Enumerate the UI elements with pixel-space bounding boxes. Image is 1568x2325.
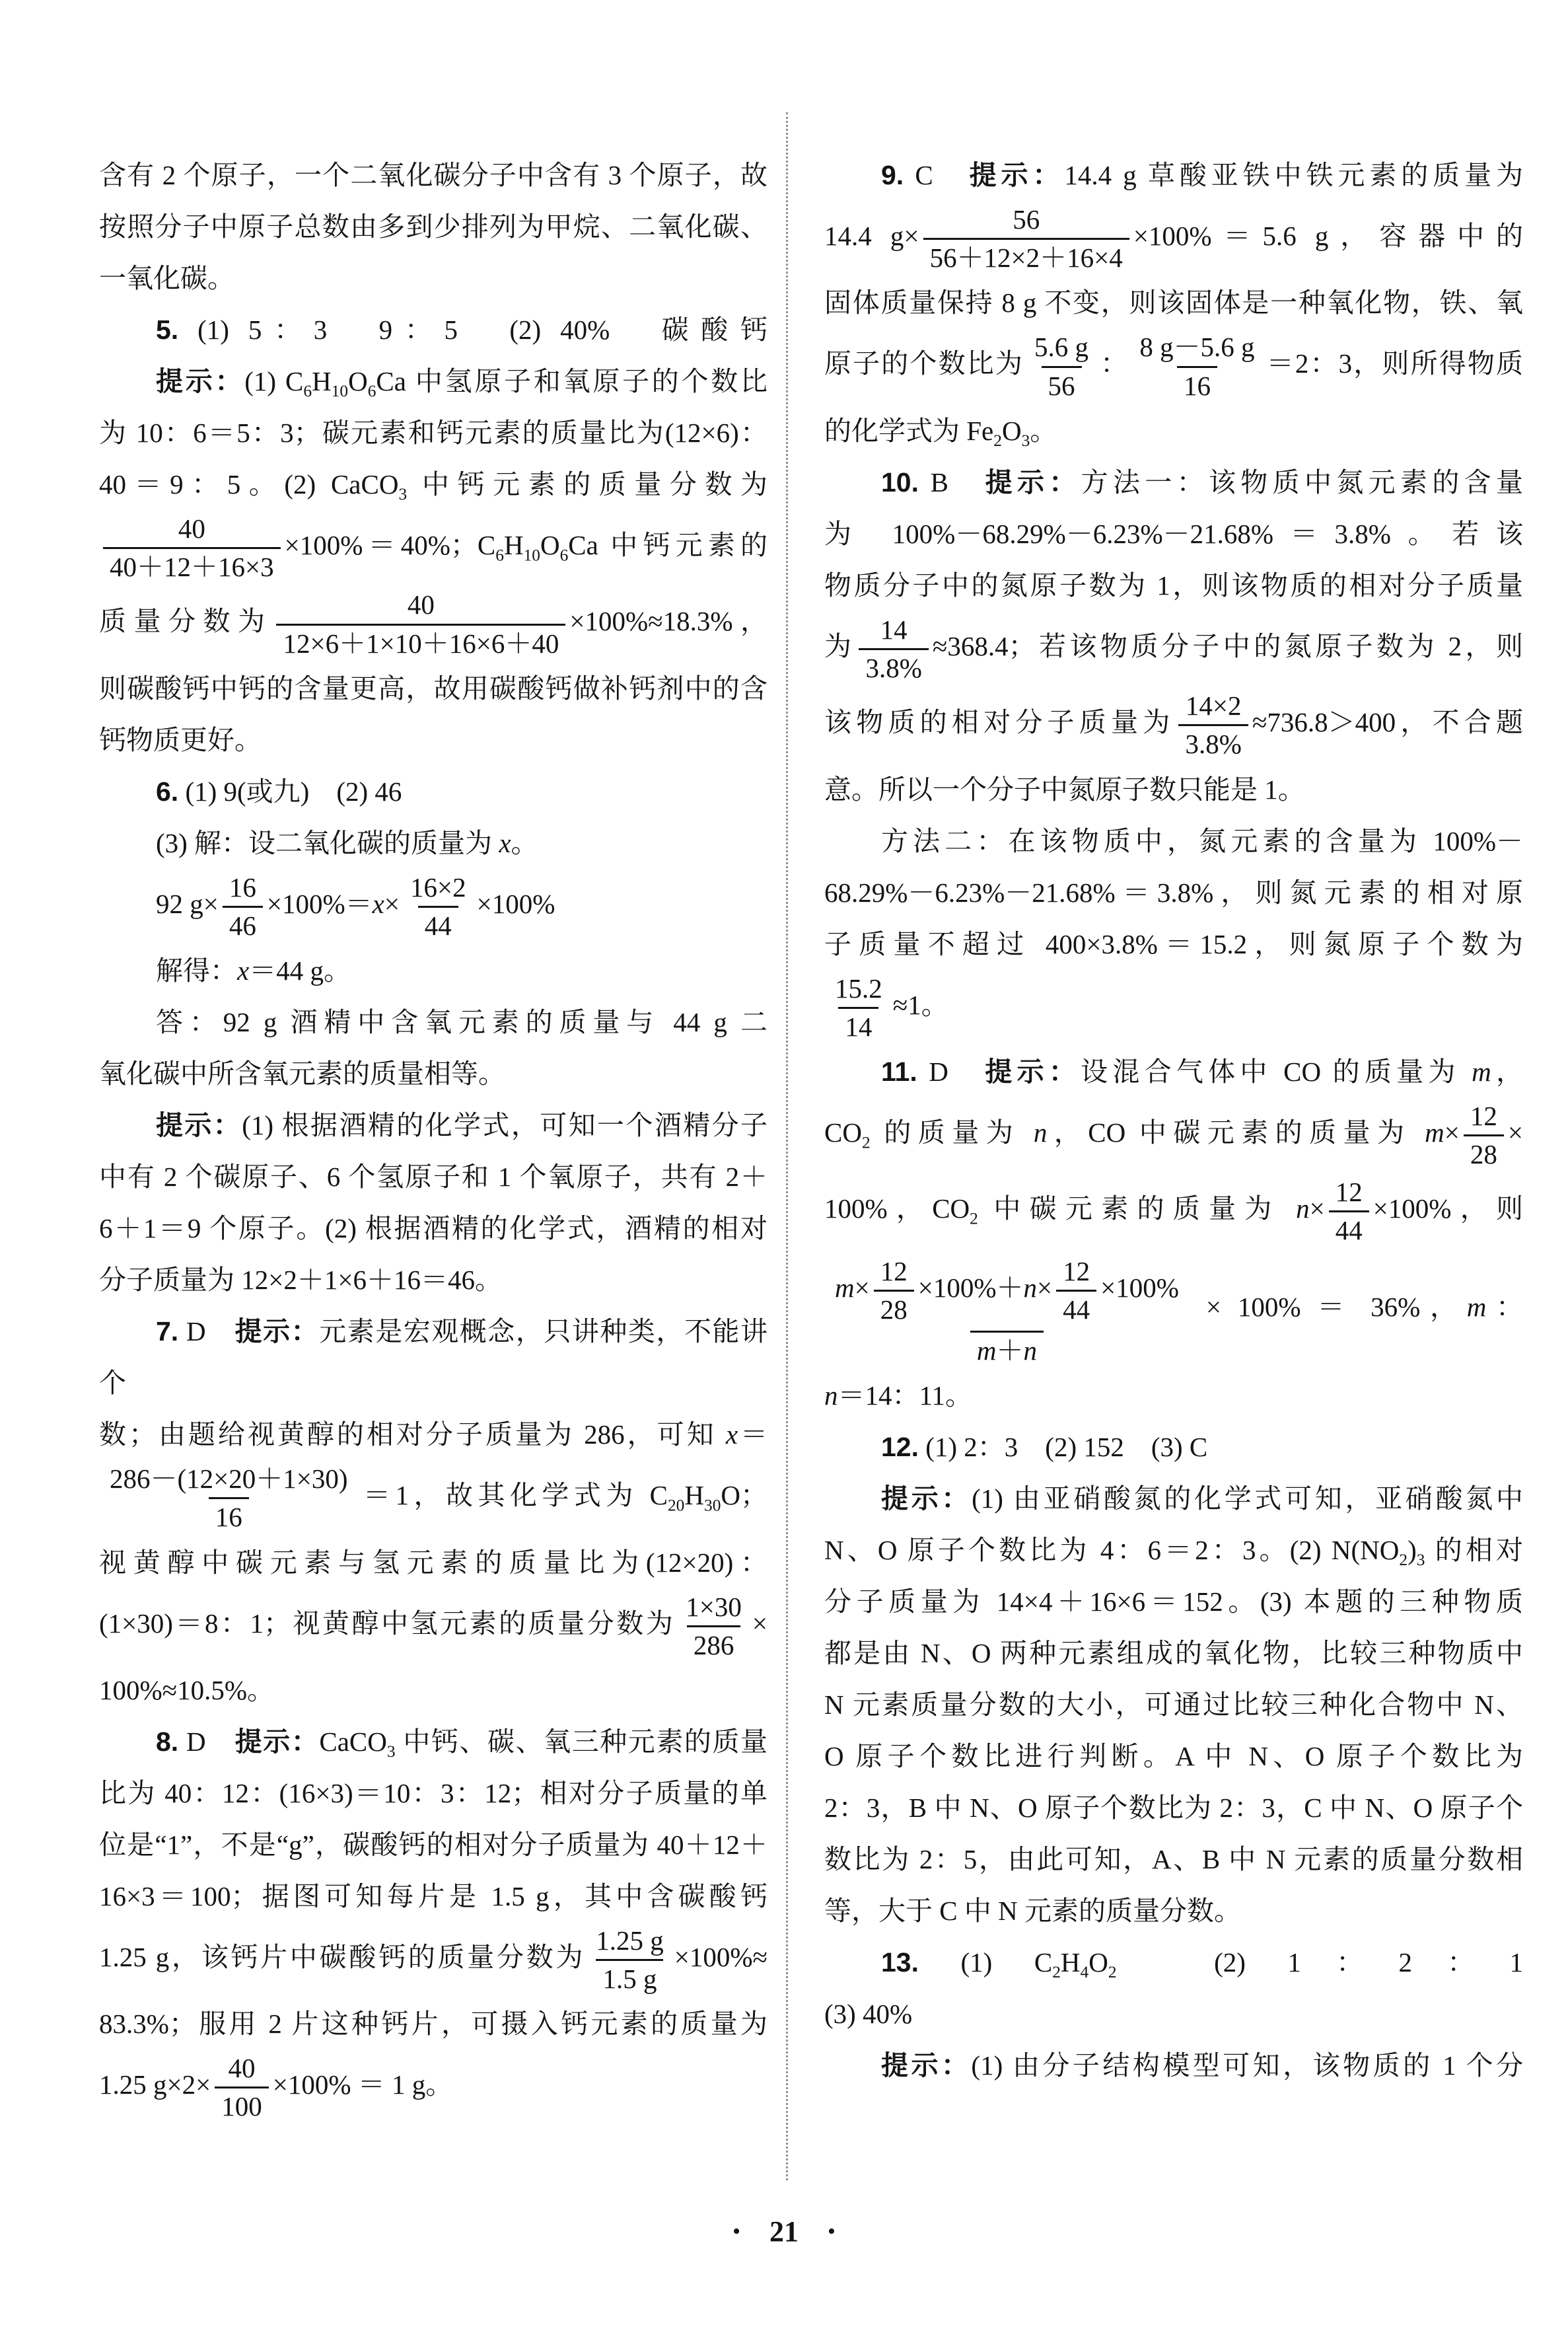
fraction-numerator: 8 g－5.6 g (1133, 331, 1261, 365)
text-line: 1.25 g，该钙片中碳酸钙的质量分数为1.25 g1.5 g×100%≈ (99, 1922, 767, 1998)
fraction: 1244 (1056, 1255, 1096, 1326)
text-line: 14.4 g×5656＋12×2＋16×4×100%＝5.6 g，容器中的 (824, 201, 1523, 277)
subscript: 6 (368, 382, 376, 400)
text-line: 视黄醇中碳元素与氢元素的质量比为(12×20)： (99, 1537, 767, 1588)
text-line: 的化学式为 Fe2O3。 (824, 405, 1523, 457)
fraction-denominator: 3.8% (1178, 724, 1248, 760)
text-line: (1×30)＝8：1；视黄醇中氢元素的质量分数为1×30286× (99, 1588, 767, 1664)
page: 含有 2 个原子，一个二氧化碳分子中含有 3 个原子，故按照分子中原子总数由多到… (0, 0, 1568, 2325)
fraction-numerator: 15.2 (828, 973, 889, 1007)
text-line: 100%≈10.5%。 (99, 1664, 767, 1716)
text-line: 16×3＝100；据图可知每片是 1.5 g，其中含碳酸钙 (99, 1870, 767, 1922)
fraction: 5656＋12×2＋16×4 (923, 203, 1129, 274)
fraction-denominator: 3.8% (859, 648, 928, 684)
text-line: 8. D 提示：CaCO3 中钙、碳、氧三种元素的质量 (99, 1716, 767, 1767)
bold-label: 提示： (881, 2050, 971, 2081)
fraction-denominator: 16 (209, 1497, 249, 1533)
text-line: 答：92 g 酒精中含氧元素的质量与 44 g 二 (99, 996, 767, 1048)
bold-label: 10. (881, 467, 919, 498)
math-variable: n (1296, 1193, 1310, 1224)
subscript: 3 (398, 485, 407, 503)
math-variable: n (1024, 1273, 1038, 1303)
math-variable: x (237, 955, 249, 986)
text-line: 固体质量保持 8 g 不变，则该固体是一种氧化物，铁、氧 (824, 277, 1523, 328)
fraction: 14×23.8% (1178, 690, 1248, 760)
fraction-numerator: m×1228×100%＋n×1244×100% (828, 1253, 1186, 1331)
text-line: 为 100%－68.29%－6.23%－21.68%＝3.8%。若该 (824, 508, 1523, 560)
fraction-numerator: 56 (1006, 203, 1046, 238)
subscript: 2 (1108, 1963, 1117, 1981)
math-variable: m (977, 1335, 997, 1366)
text-line: 一氧化碳。 (99, 252, 767, 304)
fraction: m×1228×100%＋n×1244×100%m＋n (828, 1253, 1186, 1368)
text-line: 该物质的相对分子质量为14×23.8%≈736.8＞400，不合题 (824, 687, 1523, 763)
text-line: 1.25 g×2×40100×100% ＝ 1 g。 (99, 2049, 767, 2125)
subscript: 2 (1399, 1551, 1408, 1569)
text-line: 解得：x＝44 g。 (99, 945, 767, 996)
left-column: 含有 2 个原子，一个二氧化碳分子中含有 3 个原子，故按照分子中原子总数由多到… (99, 149, 767, 2126)
text-line: 则碳酸钙中钙的含量更高，故用碳酸钙做补钙剂中的含 (99, 663, 767, 714)
subscript: 6 (303, 382, 312, 400)
math-variable: n (824, 1380, 838, 1411)
text-line: 数；由题给视黄醇的相对分子质量为 286，可知 x＝ (99, 1409, 767, 1460)
text-line: O 原子个数比进行判断。A 中 N、O 原子个数比为 (824, 1730, 1523, 1782)
text-line: 12. (1) 2：3 (2) 152 (3) C (824, 1421, 1523, 1473)
bold-label: 提示： (235, 1726, 320, 1757)
fraction: 15.214 (828, 973, 889, 1043)
text-line: N、O 原子个数比为 4：6＝2：3。(2) N(NO2)3 的相对 (824, 1524, 1523, 1576)
text-line: 提示：(1) 由分子结构模型可知，该物质的 1 个分 (824, 2040, 1523, 2091)
fraction-denominator: 44 (1329, 1210, 1369, 1247)
fraction-denominator: 12×6＋1×10＋16×6＋40 (276, 624, 565, 660)
subscript: 4 (1081, 1963, 1089, 1981)
text-line: 100%，CO2 中碳元素的质量为 n×1244×100%，则 (824, 1173, 1523, 1249)
text-line: N 元素质量分数的大小，可通过比较三种化合物中 N、 (824, 1679, 1523, 1730)
text-line: (3) 解：设二氧化碳的质量为 x。 (99, 817, 767, 869)
fraction-denominator: 40＋12＋16×3 (103, 547, 281, 583)
fraction-denominator: 44 (418, 906, 458, 942)
footer-dot-left: • (732, 2221, 740, 2243)
column-divider (786, 112, 788, 2180)
math-variable: n (1024, 1335, 1038, 1366)
text-line: 原子的个数比为5.6 g56：8 g－5.6 g16＝2：3，则所得物质 (824, 328, 1523, 404)
fraction-denominator: 286 (687, 1625, 741, 1662)
text-line: 为143.8%≈368.4；若该物质分子中的氮原子数为 2，则 (824, 611, 1523, 687)
fraction: 40100 (215, 2052, 269, 2123)
fraction-numerator: 12 (874, 1255, 914, 1290)
fraction-numerator: 5.6 g (1028, 331, 1095, 365)
page-number: 21 (769, 2215, 799, 2248)
bold-label: 7. (156, 1316, 178, 1347)
fraction: 4012×6＋1×10＋16×6＋40 (276, 589, 565, 659)
fraction-numerator: 40 (401, 589, 441, 623)
bold-label: 12. (881, 1432, 919, 1462)
fraction-numerator: 40 (222, 2052, 262, 2086)
text-line: 4040＋12＋16×3×100%＝40%；C6H10O6Ca 中钙元素的 (99, 510, 767, 586)
bold-label: 提示： (156, 366, 244, 396)
fraction-denominator: 1.5 g (596, 1959, 663, 1995)
fraction: 1646 (223, 871, 263, 942)
subscript: 3 (387, 1742, 396, 1761)
text-line: 7. D 提示：元素是宏观概念，只讲种类，不能讲个 (99, 1306, 767, 1409)
fraction: 16×244 (404, 871, 473, 942)
bold-label: 5. (156, 314, 178, 345)
text-line: 11. D 提示：设混合气体中 CO 的质量为 m， (824, 1046, 1523, 1097)
text-line: n＝14：11。 (824, 1370, 1523, 1421)
fraction-numerator: 1.25 g (589, 1925, 670, 1959)
text-line: 分子质量为 14×4＋16×6＝152。(3) 本题的三种物质 (824, 1576, 1523, 1627)
text-line: 9. C 提示：14.4 g 草酸亚铁中铁元素的质量为 (824, 149, 1523, 201)
subscript: 2 (862, 1133, 871, 1152)
fraction: 1228 (1464, 1100, 1504, 1171)
page-footer: • 21 • (0, 2215, 1568, 2248)
fraction-numerator: 1×30 (679, 1591, 748, 1625)
bold-label: 6. (156, 776, 178, 807)
subscript: 10 (332, 382, 348, 400)
text-line: 数比为 2：5，由此可知，A、B 中 N 元素的质量分数相 (824, 1833, 1523, 1885)
bold-label: 11. (881, 1056, 917, 1087)
text-line: 6. (1) 9(或九) (2) 46 (99, 766, 767, 817)
fraction-denominator: 16 (1177, 366, 1217, 402)
text-line: 提示：(1) 根据酒精的化学式，可知一个酒精分子 (99, 1099, 767, 1151)
fraction-denominator: 28 (874, 1290, 914, 1326)
fraction-numerator: 16 (223, 871, 263, 906)
text-line: 15.214≈1。 (824, 970, 1523, 1046)
text-line: 物质分子中的氮原子数为 1，则该物质的相对分子质量 (824, 560, 1523, 611)
subscript: 2 (1052, 1963, 1061, 1981)
text-line: 钙物质更好。 (99, 714, 767, 766)
fraction-denominator: m＋n (970, 1331, 1044, 1367)
text-line: 68.29%－6.23%－21.68%＝3.8%，则氮元素的相对原 (824, 867, 1523, 918)
text-line: 位是“1”，不是“g”，碳酸钙的相对分子质量为 40＋12＋ (99, 1819, 767, 1870)
fraction: 4040＋12＋16×3 (103, 513, 281, 583)
math-variable: m (1467, 1292, 1487, 1322)
subscript: 30 (704, 1496, 721, 1514)
fraction-denominator: 46 (223, 906, 263, 942)
fraction: 1228 (874, 1255, 914, 1326)
text-line: 92 g×1646×100%＝x×16×244×100% (99, 869, 767, 945)
text-line: 子质量不超过 400×3.8%＝15.2，则氮原子个数为 (824, 918, 1523, 970)
fraction: 1×30286 (679, 1591, 748, 1662)
text-line: m×1228×100%＋n×1244×100%m＋n × 100% ＝ 36%，… (824, 1250, 1523, 1370)
text-line: (3) 40% (824, 1988, 1523, 2040)
fraction-numerator: 40 (172, 513, 212, 547)
text-line: 都是由 N、O 两种元素组成的氧化物，比较三种物质中 (824, 1627, 1523, 1679)
footer-dot-right: • (828, 2221, 836, 2243)
bold-label: 提示： (235, 1316, 320, 1347)
text-line: 286－(12×20＋1×30)16＝1，故其化学式为 C20H30O； (99, 1460, 767, 1536)
math-variable: x (499, 828, 511, 858)
fraction: 286－(12×20＋1×30)16 (103, 1463, 355, 1533)
fraction-numerator: 12 (1464, 1100, 1504, 1134)
text-line: 83.3%；服用 2 片这种钙片，可摄入钙元素的质量为 (99, 1998, 767, 2049)
fraction-denominator: 44 (1056, 1290, 1096, 1326)
bold-label: 提示： (881, 1483, 972, 1514)
text-line: 提示：(1) C6H10O6Ca 中氢原子和氧原子的个数比 (99, 355, 767, 407)
bold-label: 13. (881, 1947, 919, 1977)
fraction-denominator: 14 (838, 1007, 878, 1043)
fraction-denominator: 100 (215, 2086, 269, 2123)
bold-label: 提示： (985, 467, 1081, 498)
text-line: 含有 2 个原子，一个二氧化碳分子中含有 3 个原子，故 (99, 149, 767, 201)
bold-label: 提示： (985, 1056, 1081, 1087)
text-line: 中有 2 个碳原子、6 个氢原子和 1 个氧原子，共有 2＋ (99, 1151, 767, 1202)
text-line: 2：3，B 中 N、O 原子个数比为 2：3，C 中 N、O 原子个 (824, 1782, 1523, 1833)
math-variable: m (1472, 1056, 1491, 1087)
fraction-numerator: 286－(12×20＋1×30) (103, 1463, 355, 1497)
text-line: 质量分数为4012×6＋1×10＋16×6＋40×100%≈18.3%， (99, 586, 767, 662)
math-variable: x (726, 1419, 738, 1450)
text-line: 6＋1＝9 个原子。(2) 根据酒精的化学式，酒精的相对 (99, 1202, 767, 1254)
fraction: 1244 (1329, 1176, 1369, 1247)
text-line: 按照分子中原子总数由多到少排列为甲烷、二氧化碳、 (99, 201, 767, 252)
fraction-numerator: 12 (1329, 1176, 1369, 1210)
fraction: 8 g－5.6 g16 (1133, 331, 1261, 402)
subscript: 3 (1022, 431, 1030, 450)
bold-label: 提示： (970, 160, 1065, 190)
math-variable: m (1425, 1117, 1444, 1148)
text-line: 为 10：6＝5：3；碳元素和钙元素的质量比为(12×6)： (99, 407, 767, 459)
fraction: 143.8% (859, 614, 928, 684)
fraction-numerator: 14 (874, 614, 914, 648)
fraction-denominator: 56＋12×2＋16×4 (923, 238, 1129, 274)
subscript: 20 (668, 1496, 684, 1514)
text-line: 40＝9：5。(2) CaCO3 中钙元素的质量分数为 (99, 459, 767, 510)
subscript: 10 (524, 546, 540, 564)
text-line: 氧化碳中所含氧元素的质量相等。 (99, 1048, 767, 1099)
text-line: 意。所以一个分子中氮原子数只能是 1。 (824, 764, 1523, 815)
text-line: 等，大于 C 中 N 元素的质量分数。 (824, 1885, 1523, 1937)
text-line: 13. (1) C2H4O2 (2) 1：2：1 (824, 1937, 1523, 1988)
subscript: 3 (1417, 1551, 1425, 1569)
text-line: 比为 40：12：(16×3)＝10：3：12；相对分子质量的单 (99, 1767, 767, 1819)
fraction-denominator: 56 (1042, 366, 1082, 402)
fraction: 5.6 g56 (1028, 331, 1095, 402)
fraction: 1.25 g1.5 g (589, 1925, 670, 1995)
bold-label: 8. (156, 1726, 178, 1757)
bold-label: 提示： (156, 1110, 242, 1140)
math-variable: n (1034, 1117, 1048, 1148)
subscript: 6 (560, 546, 569, 564)
text-line: 10. B 提示：方法一：该物质中氮元素的含量 (824, 457, 1523, 508)
fraction-denominator: 28 (1464, 1134, 1504, 1171)
bold-label: 9. (881, 160, 904, 190)
math-variable: x (373, 889, 384, 919)
subscript: 2 (993, 431, 1002, 450)
subscript: 6 (495, 546, 504, 564)
fraction-numerator: 14×2 (1179, 690, 1248, 724)
text-line: 提示：(1) 由亚硝酸氮的化学式可知，亚硝酸氮中 (824, 1473, 1523, 1524)
fraction-numerator: 16×2 (404, 871, 473, 906)
fraction-numerator: 12 (1056, 1255, 1096, 1290)
text-line: 方法二：在该物质中，氮元素的含量为 100%－ (824, 815, 1523, 867)
subscript: 2 (970, 1210, 978, 1228)
text-line: 分子质量为 12×2＋1×6＋16＝46。 (99, 1254, 767, 1306)
right-column: 9. C 提示：14.4 g 草酸亚铁中铁元素的质量为14.4 g×5656＋1… (824, 149, 1523, 2091)
text-line: CO2 的质量为 n，CO 中碳元素的质量为 m×1228× (824, 1097, 1523, 1173)
text-line: 5. (1) 5：3 9：5 (2) 40% 碳酸钙 (99, 304, 767, 355)
math-variable: m (835, 1273, 855, 1303)
